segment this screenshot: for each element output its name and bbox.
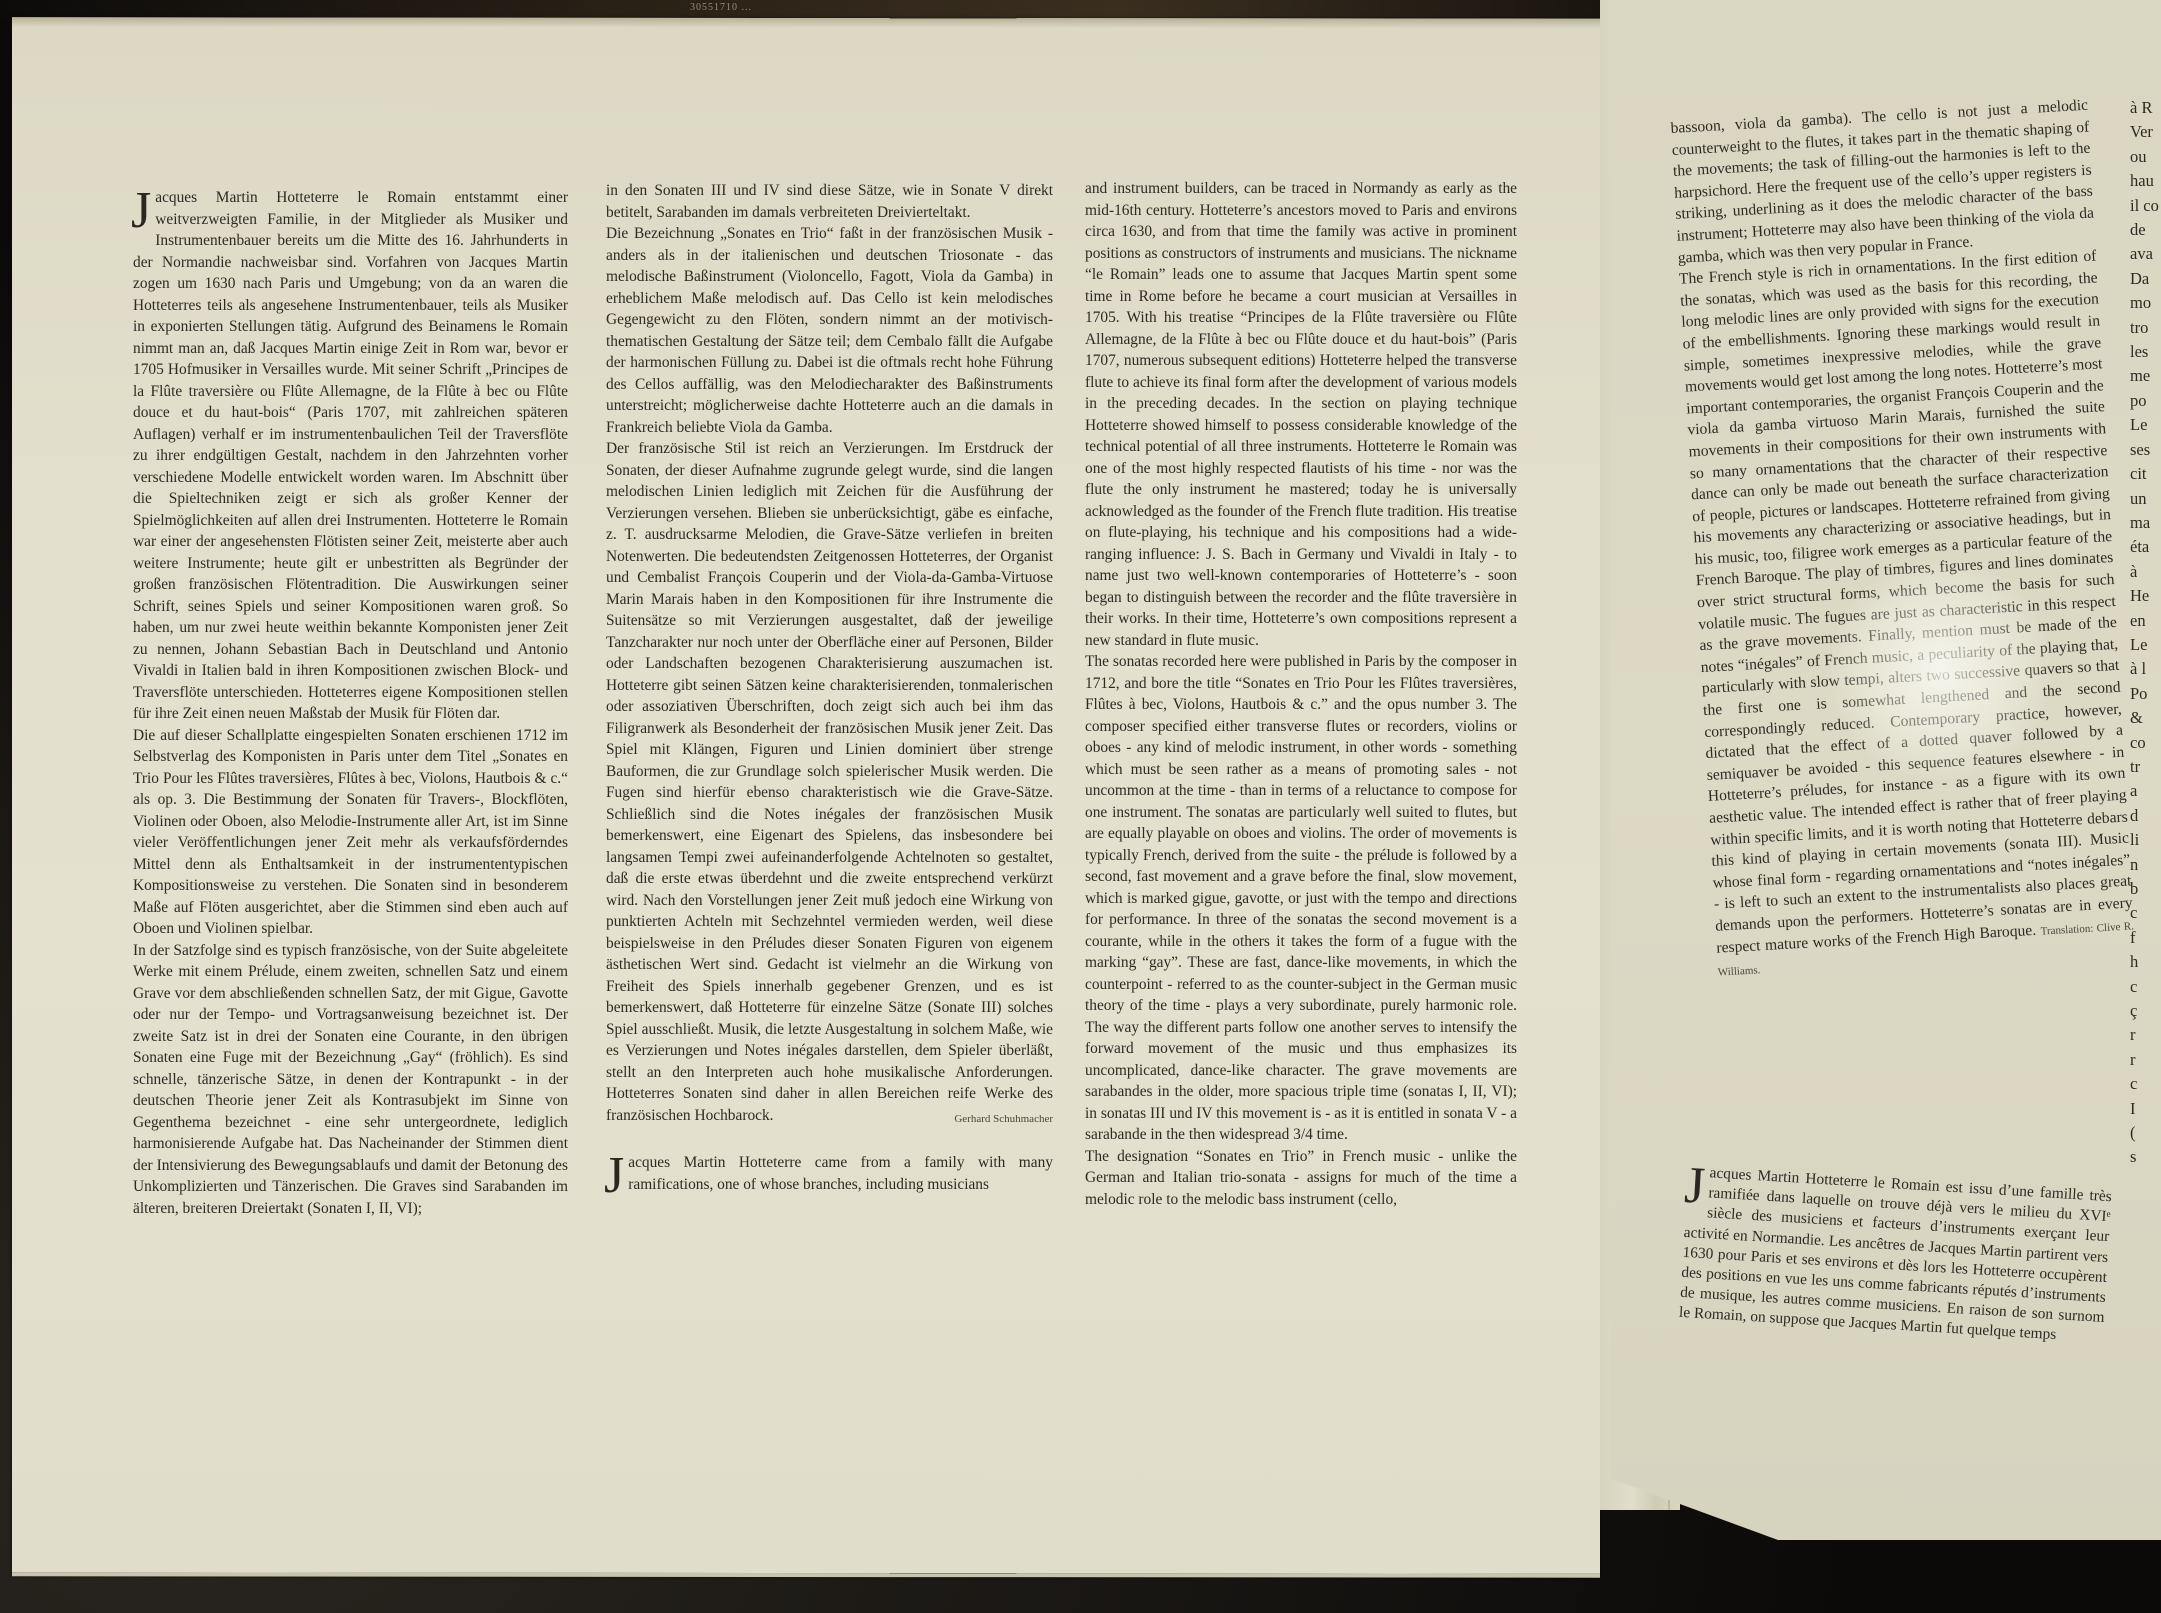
german-paragraph-5: Die Bezeichnung „Sonates en Trio“ faßt i… bbox=[606, 223, 1053, 438]
edge-fragment: Ver bbox=[2130, 120, 2161, 144]
edge-fragment: de bbox=[2130, 218, 2161, 242]
edge-fragment: les bbox=[2130, 340, 2161, 364]
edge-fragment: en bbox=[2130, 609, 2161, 633]
french-column-cutoff: à RVerouhauil codeavaDamotrolesmepoLeses… bbox=[2130, 96, 2161, 1170]
barcode-strip-text: 30551710 ... bbox=[690, 2, 752, 13]
english-paragraph-5: The French style is rich in ornamentatio… bbox=[1678, 246, 2135, 985]
german-paragraph-1: Jacques Martin Hotteterre le Romain ents… bbox=[133, 187, 568, 725]
german-paragraph-2: Die auf dieser Schallplatte eingespielte… bbox=[133, 725, 568, 940]
english-paragraph-2: The sonatas recorded here were published… bbox=[1085, 651, 1517, 1146]
edge-fragment: n bbox=[2130, 853, 2161, 877]
edge-fragment: ç bbox=[2130, 999, 2161, 1023]
edge-fragment: ses bbox=[2130, 438, 2161, 462]
german-paragraph-4: in den Sonaten III und IV sind diese Sät… bbox=[606, 180, 1053, 223]
edge-fragment: cit bbox=[2130, 462, 2161, 486]
edge-fragment: He bbox=[2130, 584, 2161, 608]
dropcap-j: J bbox=[1683, 1166, 1706, 1207]
edge-fragment: c bbox=[2130, 901, 2161, 925]
german-column-1: Jacques Martin Hotteterre le Romain ents… bbox=[133, 187, 568, 1219]
dropcap-j: J bbox=[604, 1156, 624, 1196]
edge-fragment: d bbox=[2130, 804, 2161, 828]
german-paragraph-6: Der französische Stil ist reich an Verzi… bbox=[606, 438, 1053, 1126]
edge-fragment: ma bbox=[2130, 511, 2161, 535]
edge-fragment: Po bbox=[2130, 682, 2161, 706]
edge-fragment: I bbox=[2130, 1097, 2161, 1121]
edge-fragment: à R bbox=[2130, 96, 2161, 120]
german-paragraph-3: In der Satzfolge sind es typisch französ… bbox=[133, 940, 568, 1220]
edge-fragment: & bbox=[2130, 706, 2161, 730]
english-column-3: and instrument builders, can be traced i… bbox=[1085, 178, 1517, 1210]
dropcap-j: J bbox=[131, 191, 151, 231]
edge-fragment: h bbox=[2130, 950, 2161, 974]
edge-fragment: un bbox=[2130, 487, 2161, 511]
edge-fragment: r bbox=[2130, 1023, 2161, 1047]
edge-fragment: ( bbox=[2130, 1121, 2161, 1145]
edge-fragment: s bbox=[2130, 1145, 2161, 1169]
english-column-4: bassoon, viola da gamba). The cello is n… bbox=[1670, 95, 2136, 985]
edge-fragment: f bbox=[2130, 926, 2161, 950]
german-column-2: in den Sonaten III und IV sind diese Sät… bbox=[606, 180, 1053, 1196]
edge-fragment: ou bbox=[2130, 145, 2161, 169]
edge-fragment: c bbox=[2130, 975, 2161, 999]
edge-fragment: à bbox=[2130, 560, 2161, 584]
edge-fragment: po bbox=[2130, 389, 2161, 413]
edge-fragment: co bbox=[2130, 731, 2161, 755]
edge-fragment: Da bbox=[2130, 267, 2161, 291]
edge-fragment: li bbox=[2130, 828, 2161, 852]
edge-fragment: b bbox=[2130, 877, 2161, 901]
english-paragraph-3: The designation “Sonates en Trio” in Fre… bbox=[1085, 1146, 1517, 1211]
edge-fragment: me bbox=[2130, 364, 2161, 388]
edge-fragment: éta bbox=[2130, 535, 2161, 559]
edge-fragment: hau bbox=[2130, 169, 2161, 193]
edge-fragment: il co bbox=[2130, 194, 2161, 218]
edge-fragment: c bbox=[2130, 1072, 2161, 1096]
english-paragraph-1: and instrument builders, can be traced i… bbox=[1085, 178, 1517, 651]
edge-fragment: tr bbox=[2130, 755, 2161, 779]
edge-fragment: a bbox=[2130, 779, 2161, 803]
edge-fragment: Le bbox=[2130, 413, 2161, 437]
english-paragraph-4: bassoon, viola da gamba). The cello is n… bbox=[1670, 95, 2096, 269]
edge-fragment: Le bbox=[2130, 633, 2161, 657]
german-author-signature: Gerhard Schuhmacher bbox=[954, 1109, 1053, 1131]
english-intro: Jacques Martin Hotteterre came from a fa… bbox=[606, 1152, 1053, 1195]
french-column: Jacques Martin Hotteterre le Romain est … bbox=[1678, 1162, 2112, 1349]
edge-fragment: tro bbox=[2130, 316, 2161, 340]
edge-fragment: mo bbox=[2130, 291, 2161, 315]
edge-fragment: r bbox=[2130, 1048, 2161, 1072]
edge-fragment: ava bbox=[2130, 242, 2161, 266]
french-paragraph-1: Jacques Martin Hotteterre le Romain est … bbox=[1678, 1162, 2112, 1349]
edge-fragment: à l bbox=[2130, 657, 2161, 681]
